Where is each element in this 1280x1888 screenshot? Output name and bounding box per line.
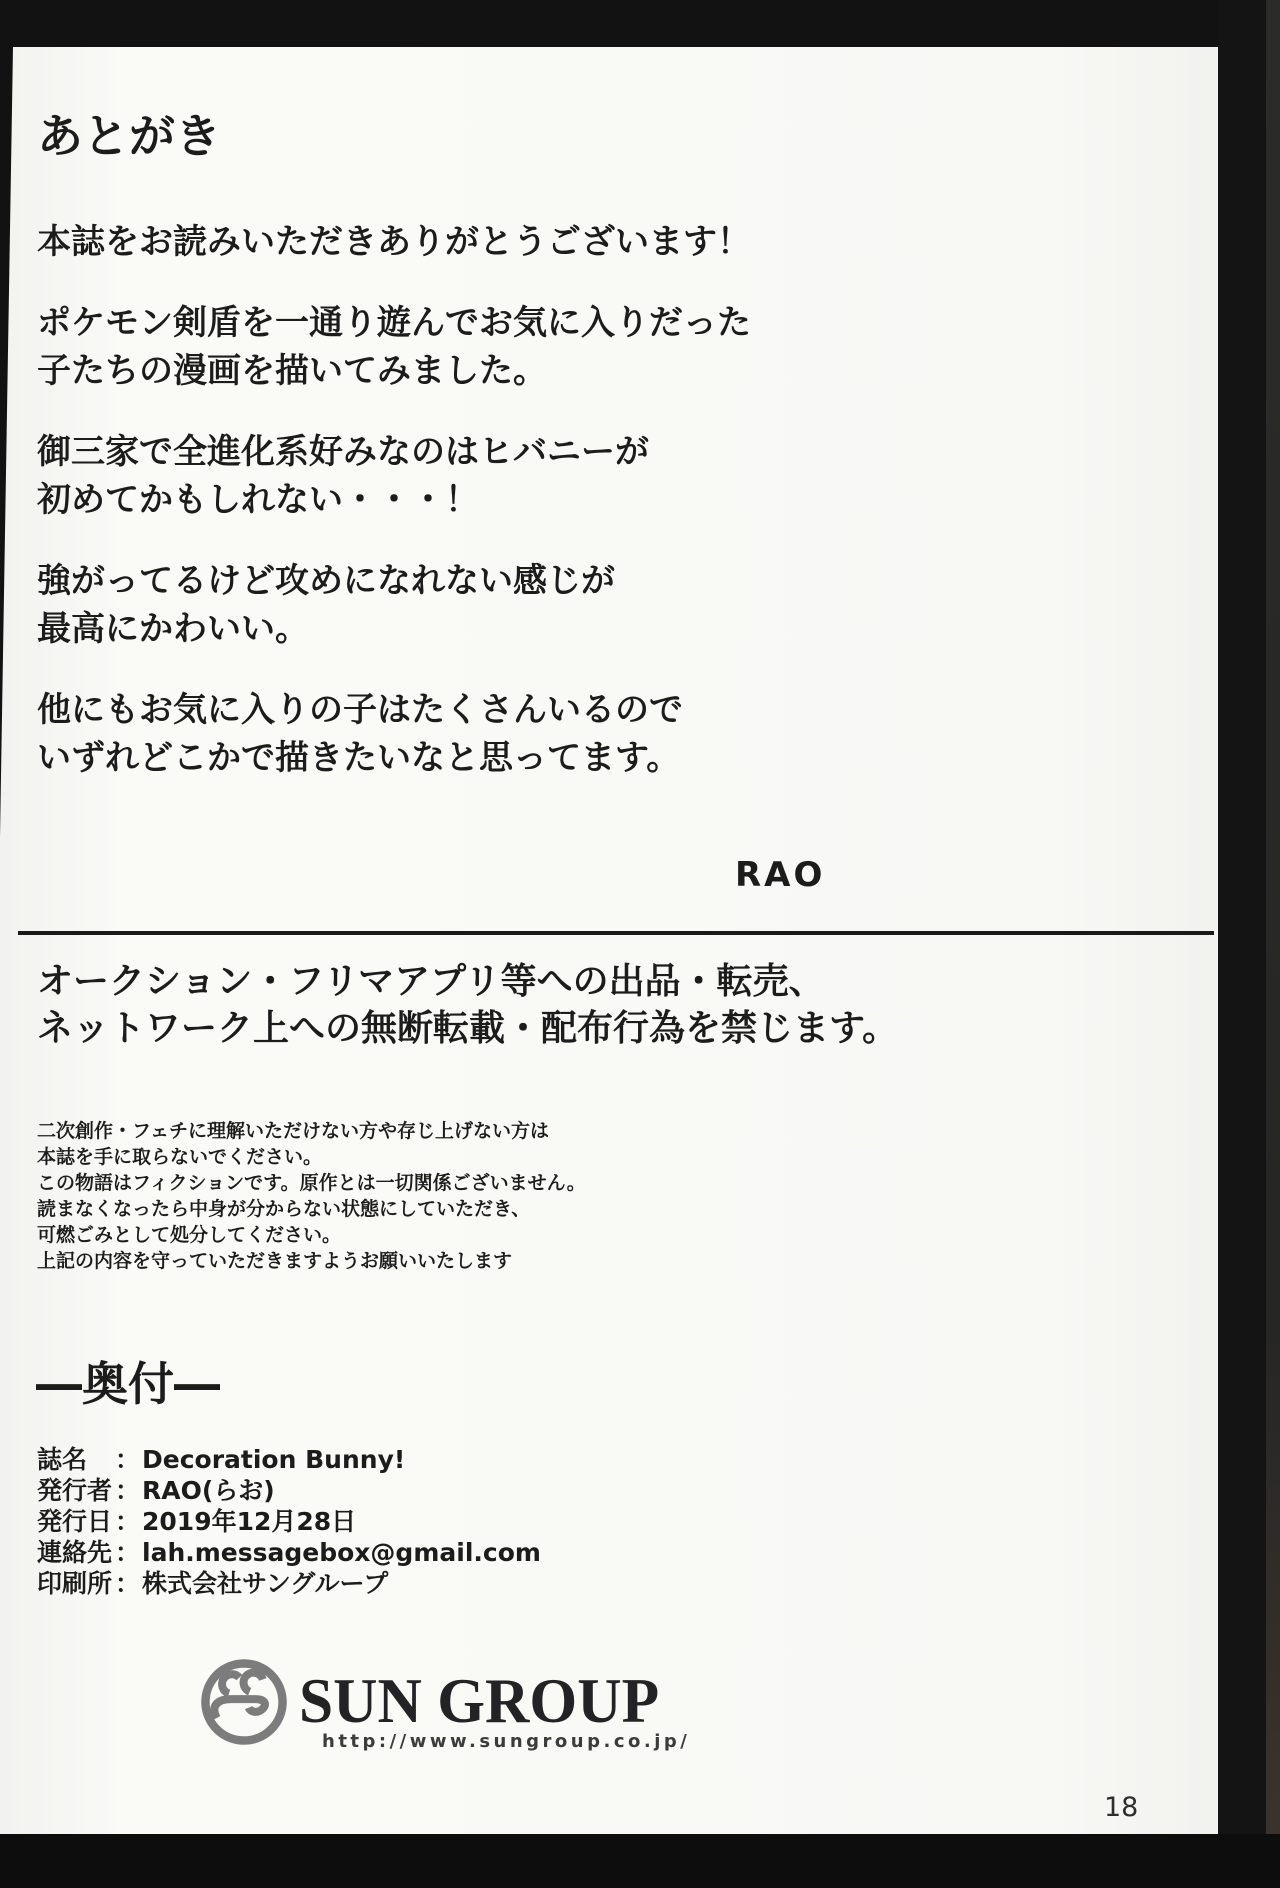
disclaimer-line: 本誌を手に取らないでください。 [37,1144,937,1170]
colophon-value-contact-email: lah.messagebox@gmail.com [142,1537,541,1568]
colophon-value-printer: 株式会社サングループ [142,1568,388,1599]
colophon-separator: ： [115,1506,140,1537]
disclaimer-line: この物語はフィクションです。原作とは一切関係ございません。 [37,1170,937,1196]
page-title: あとがき [37,100,221,166]
colophon-value-publisher: RAO(らお) [142,1475,275,1506]
author-signature: RAO [735,855,825,895]
disclaimer-line: 上記の内容を守っていただきますようお願いいたします [37,1248,937,1274]
colophon-list: 誌名 ： Decoration Bunny! 発行者 ： RAO(らお) 発行日… [37,1444,541,1599]
colophon-value-date: 2019年12月28日 [142,1506,356,1537]
frame-left-wedge [0,47,13,837]
afterword-paragraph: 強がってるけど攻めになれない感じが 最高にかわいい。 [37,557,1187,653]
afterword-line: 御三家で全進化系好みなのはヒバニーが [37,428,1187,476]
sun-group-url: http://www.sungroup.co.jp/ [322,1731,690,1752]
colophon-label: 誌名 [37,1444,115,1475]
disclaimer-text: 二次創作・フェチに理解いただけない方や存じ上げない方は 本誌を手に取らないでくだ… [37,1118,937,1274]
frame-bottom-band [0,1834,1280,1888]
colophon-label: 発行日 [37,1506,115,1537]
warning-line: オークション・フリマアプリ等への出品・転売、 [37,958,1187,1005]
afterword-line: 初めてかもしれない・・・！ [37,476,1187,524]
afterword-line: 子たちの漫画を描いてみました。 [37,347,1187,395]
colophon-value-book-title: Decoration Bunny! [142,1444,405,1475]
disclaimer-line: 可燃ごみとして処分してください。 [37,1222,937,1248]
afterword-paragraph: ポケモン剣盾を一通り遊んでお気に入りだった 子たちの漫画を描いてみました。 [37,299,1187,395]
colophon-separator: ： [115,1568,140,1599]
page-number: 18 [1104,1792,1138,1823]
resale-warning: オークション・フリマアプリ等への出品・転売、 ネットワーク上への無断転載・配布行… [37,958,1187,1052]
section-divider-line [18,931,1214,935]
frame-right-band [1218,0,1268,1888]
colophon-separator: ： [115,1444,140,1475]
colophon-heading: ―奥付― [36,1348,220,1414]
colophon-label: 発行者 [37,1475,115,1506]
disclaimer-line: 二次創作・フェチに理解いただけない方や存じ上げない方は [37,1118,937,1144]
frame-right-page-edge [1266,0,1280,1888]
afterword-line: 本誌をお読みいただきありがとうございます！ [37,222,751,262]
colophon-separator: ： [115,1475,140,1506]
afterword-paragraph: 他にもお気に入りの子はたくさんいるので いずれどこかで描きたいなと思ってます。 [37,686,1187,782]
warning-line: ネットワーク上への無断転載・配布行為を禁じます。 [37,1005,1187,1052]
colophon-row-date: 発行日 ： 2019年12月28日 [37,1506,541,1537]
afterword-line: ポケモン剣盾を一通り遊んでお気に入りだった [37,299,1187,347]
colophon-row-printer: 印刷所 ： 株式会社サングループ [37,1568,541,1599]
afterword-line: 強がってるけど攻めになれない感じが [37,557,1187,605]
afterword-line: 最高にかわいい。 [37,605,1187,653]
colophon-row-title: 誌名 ： Decoration Bunny! [37,1444,541,1475]
afterword-page: あとがき 本誌をお読みいただきありがとうございます！ ポケモン剣盾を一通り遊んで… [0,0,1280,1888]
colophon-separator: ： [115,1537,140,1568]
colophon-label: 印刷所 [37,1568,115,1599]
colophon-label: 連絡先 [37,1537,115,1568]
afterword-paragraph: 御三家で全進化系好みなのはヒバニーが 初めてかもしれない・・・！ [37,428,1187,524]
disclaimer-line: 読まなくなったら中身が分からない状態にしていただき、 [37,1196,937,1222]
colophon-row-publisher: 発行者 ： RAO(らお) [37,1475,541,1506]
frame-top-band [0,0,1280,47]
afterword-body: 本誌をお読みいただきありがとうございます！ ポケモン剣盾を一通り遊んでお気に入り… [37,218,1187,815]
colophon-row-contact: 連絡先 ： lah.messagebox@gmail.com [37,1537,541,1568]
afterword-line: 他にもお気に入りの子はたくさんいるので [37,686,1187,734]
afterword-line: いずれどこかで描きたいなと思ってます。 [37,734,1187,782]
afterword-paragraph: 本誌をお読みいただきありがとうございます！ [37,218,1187,266]
sun-group-logo-icon [197,1655,291,1749]
sun-group-logo-text: SUN GROUP [299,1664,659,1738]
